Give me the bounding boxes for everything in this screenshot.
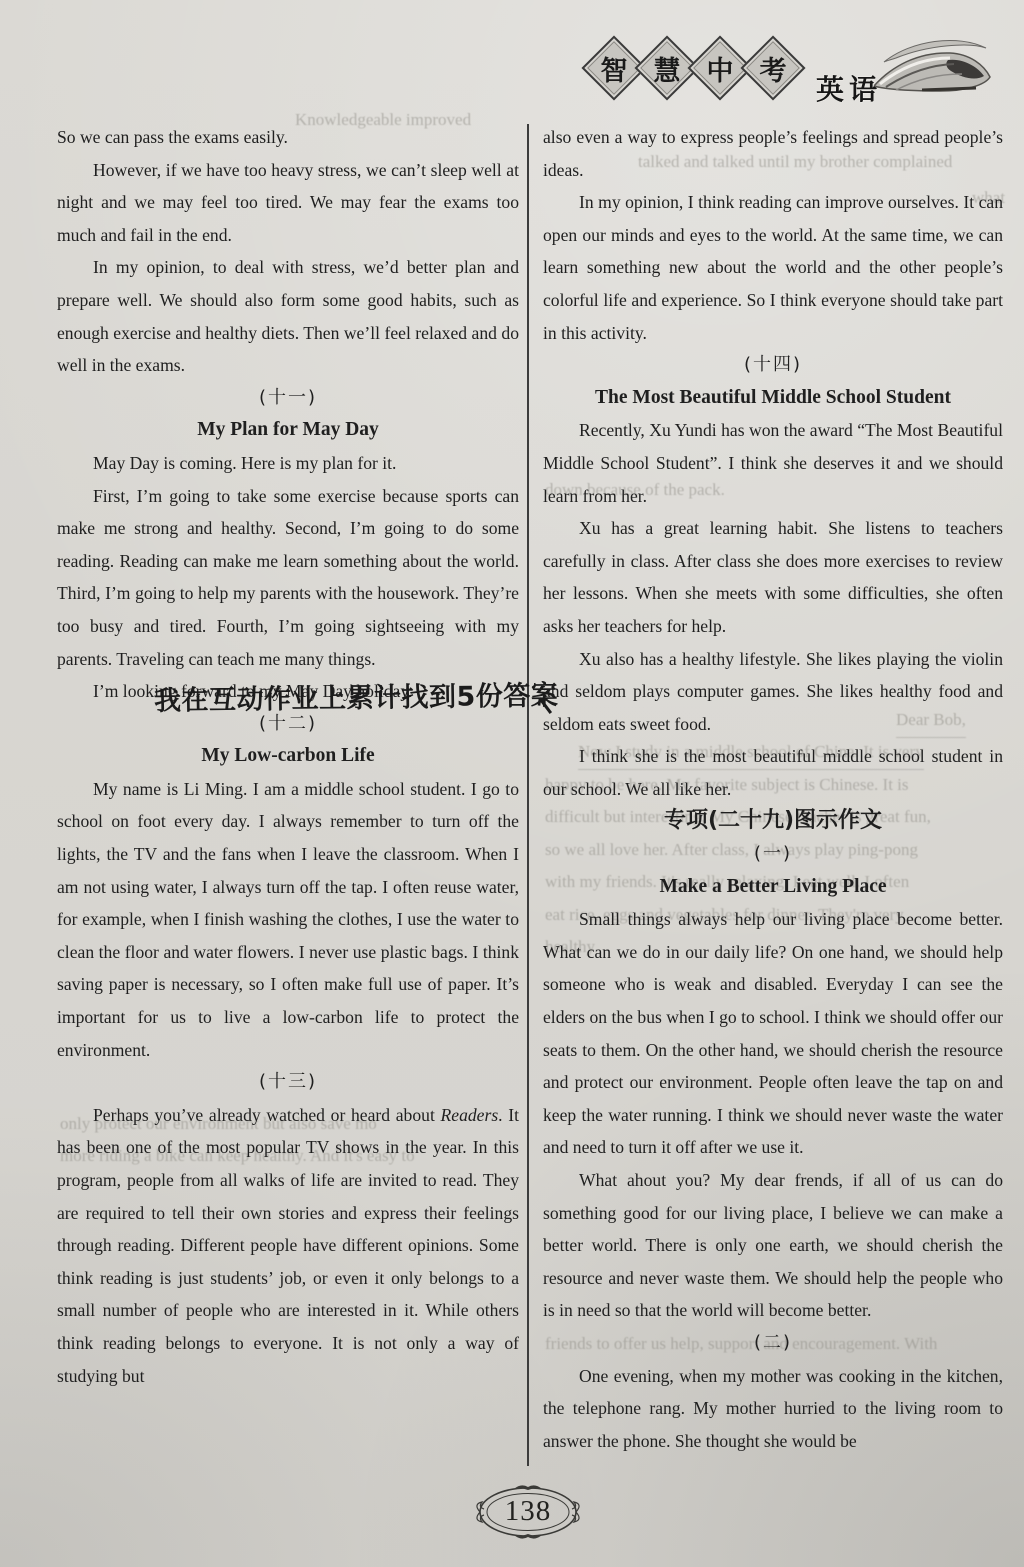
section-marker-11: (十一) xyxy=(57,382,519,415)
paragraph-lead: Perhaps you’ve already watched or heard … xyxy=(93,1105,441,1125)
paragraph: However, if we have too heavy stress, we… xyxy=(57,154,519,252)
paragraph: First, I’m going to take some exercise b… xyxy=(57,480,519,676)
paragraph-rest: . It has been one of the most popular TV… xyxy=(57,1105,519,1386)
paragraph: What ahout you? My dear frends, if all o… xyxy=(543,1164,1003,1327)
paragraph: In my opinion, to deal with stress, we’d… xyxy=(57,251,519,381)
section-marker-13: (十三) xyxy=(57,1066,519,1099)
paragraph: My name is Li Ming. I am a middle school… xyxy=(57,773,519,1066)
subject-label: 英语 xyxy=(816,68,882,108)
logo-diamond: 考 xyxy=(740,35,805,100)
logo-char: 慧 xyxy=(646,47,688,89)
paragraph: I think she is the most beautiful middle… xyxy=(543,740,1003,805)
section-marker-1: (一) xyxy=(543,838,1003,871)
column-divider xyxy=(527,124,529,1466)
left-column: So we can pass the exams easily. However… xyxy=(57,121,519,1392)
handwritten-arrow: ↖ xyxy=(532,691,558,724)
paragraph: Xu also has a healthy lifestyle. She lik… xyxy=(543,643,1003,741)
train-icon xyxy=(866,32,998,108)
essay-title-low-carbon: My Low-carbon Life xyxy=(57,740,519,773)
paragraph: So we can pass the exams easily. xyxy=(57,121,519,154)
logo-char: 智 xyxy=(593,47,635,89)
paragraph: Xu has a great learning habit. She liste… xyxy=(543,512,1003,642)
paragraph: Recently, Xu Yundi has won the award “Th… xyxy=(543,414,1003,512)
paragraph: One evening, when my mother was cooking … xyxy=(543,1360,1003,1458)
logo-char: 考 xyxy=(752,47,794,89)
logo-char: 中 xyxy=(699,47,741,89)
paragraph: Small things always help our living plac… xyxy=(543,903,1003,1164)
paragraph: also even a way to express people’s feel… xyxy=(543,121,1003,186)
section-marker-14: (十四) xyxy=(543,349,1003,382)
paragraph: In my opinion, I think reading can impro… xyxy=(543,186,1003,349)
special-topic-heading: 专项(二十九)图示作文 xyxy=(543,805,1003,838)
scanned-textbook-page: 智 慧 中 考 英语 Knowledgeable improved only p… xyxy=(0,0,1024,1567)
paragraph: May Day is coming. Here is my plan for i… xyxy=(57,447,519,480)
tv-show-name: Readers xyxy=(441,1105,499,1125)
essay-title-better-living-place: Make a Better Living Place xyxy=(543,871,1003,904)
essay-title-may-day: My Plan for May Day xyxy=(57,414,519,447)
right-column: also even a way to express people’s feel… xyxy=(543,121,1003,1457)
page-number-ornament: 138 xyxy=(469,1482,587,1542)
handwritten-note: 我在互动作业上累计找到5份答案 xyxy=(154,673,559,718)
section-marker-2: (二) xyxy=(543,1327,1003,1360)
essay-title-most-beautiful-student: The Most Beautiful Middle School Student xyxy=(543,382,1003,415)
paragraph: Perhaps you’ve already watched or heard … xyxy=(57,1099,519,1392)
page-number: 138 xyxy=(469,1495,587,1528)
